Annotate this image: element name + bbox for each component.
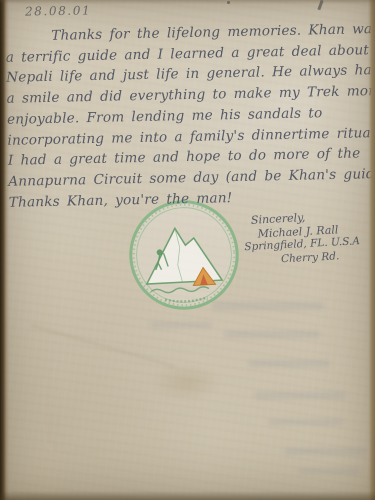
- paper-crease: [31, 324, 176, 367]
- paper-stain: [140, 358, 235, 406]
- bleed-through: [248, 360, 330, 367]
- bleed-through: [150, 322, 212, 328]
- bleed-through: [298, 468, 360, 474]
- page-bottom-edge: [0, 491, 375, 500]
- page-stack-edge: [368, 0, 375, 500]
- signature-block: Sincerely, Michael J. Rall Springfield, …: [237, 208, 375, 269]
- guestbook-page-photo: 28.08.01 Thanks for the lifelong memorie…: [0, 0, 375, 500]
- bleed-through: [254, 392, 346, 399]
- page-top-edge: [0, 0, 375, 4]
- bleed-through: [284, 448, 366, 455]
- bleed-through: [224, 331, 320, 338]
- book-gutter-edge: [0, 0, 9, 500]
- mountain-trek-stamp: [123, 194, 245, 316]
- bleed-through: [268, 419, 344, 425]
- entry-date: 28.08.01: [25, 3, 91, 18]
- letter-body: Thanks for the lifelong memories. Khan w…: [5, 19, 371, 213]
